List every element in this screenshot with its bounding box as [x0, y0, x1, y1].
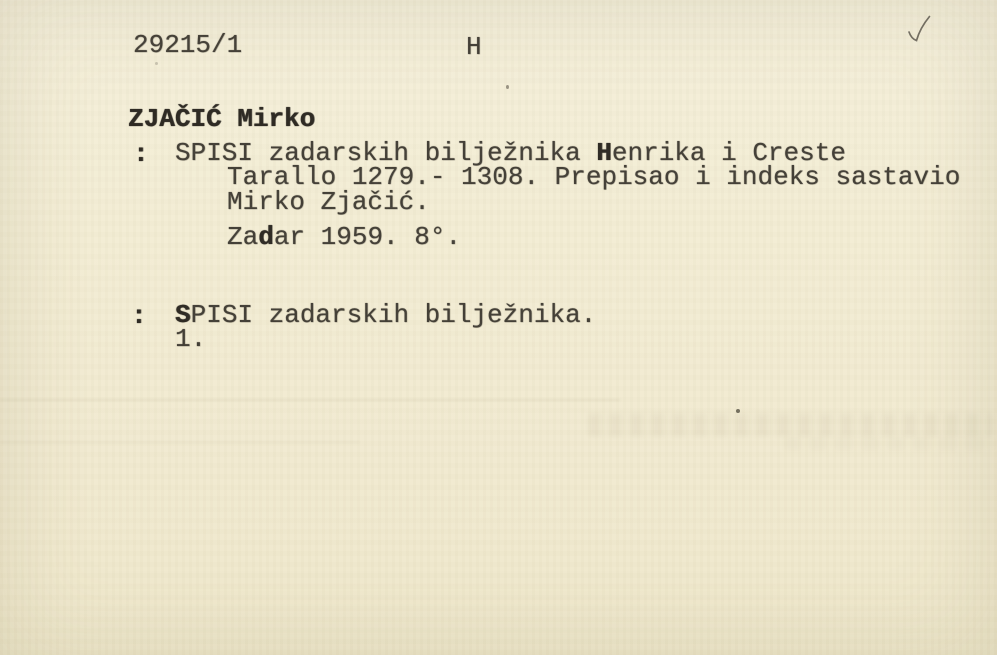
imprint-segment-bold: d [258, 222, 274, 252]
imprint-line: Zadar 1959. 8°. [227, 224, 461, 250]
author-segment: IĆ Mirko [190, 104, 315, 134]
imprint-segment: Za [227, 222, 258, 252]
ink-speck [506, 85, 509, 89]
author-segment: Č [175, 104, 191, 134]
ink-speck [736, 409, 740, 413]
section-letter: H [466, 34, 482, 60]
catalog-card: 29215/1 H ZJAČIĆ Mirko : SPISI zadarskih… [0, 0, 997, 655]
entry-colon: : [133, 141, 149, 167]
ghost-smudge [588, 413, 993, 437]
title-line-3: Mirko Zjačić. [227, 189, 430, 215]
ghost-smudge [784, 437, 994, 451]
tracing-line-2: 1. [175, 326, 206, 352]
author-segment: ZJA [128, 104, 175, 134]
ink-speck [155, 62, 158, 65]
call-number: 29215/1 [133, 32, 242, 58]
imprint-segment: ar 1959. 8°. [274, 222, 461, 252]
author-heading: ZJAČIĆ Mirko [128, 106, 315, 132]
tracing-segment: PISI zadarskih bilježnika. [191, 300, 597, 330]
tracing-line-1: SPISI zadarskih bilježnika. [175, 302, 596, 328]
paper-crease [0, 441, 360, 443]
paper-crease [0, 399, 620, 401]
checkmark-icon [902, 8, 944, 50]
tracing-colon: : [131, 303, 147, 329]
